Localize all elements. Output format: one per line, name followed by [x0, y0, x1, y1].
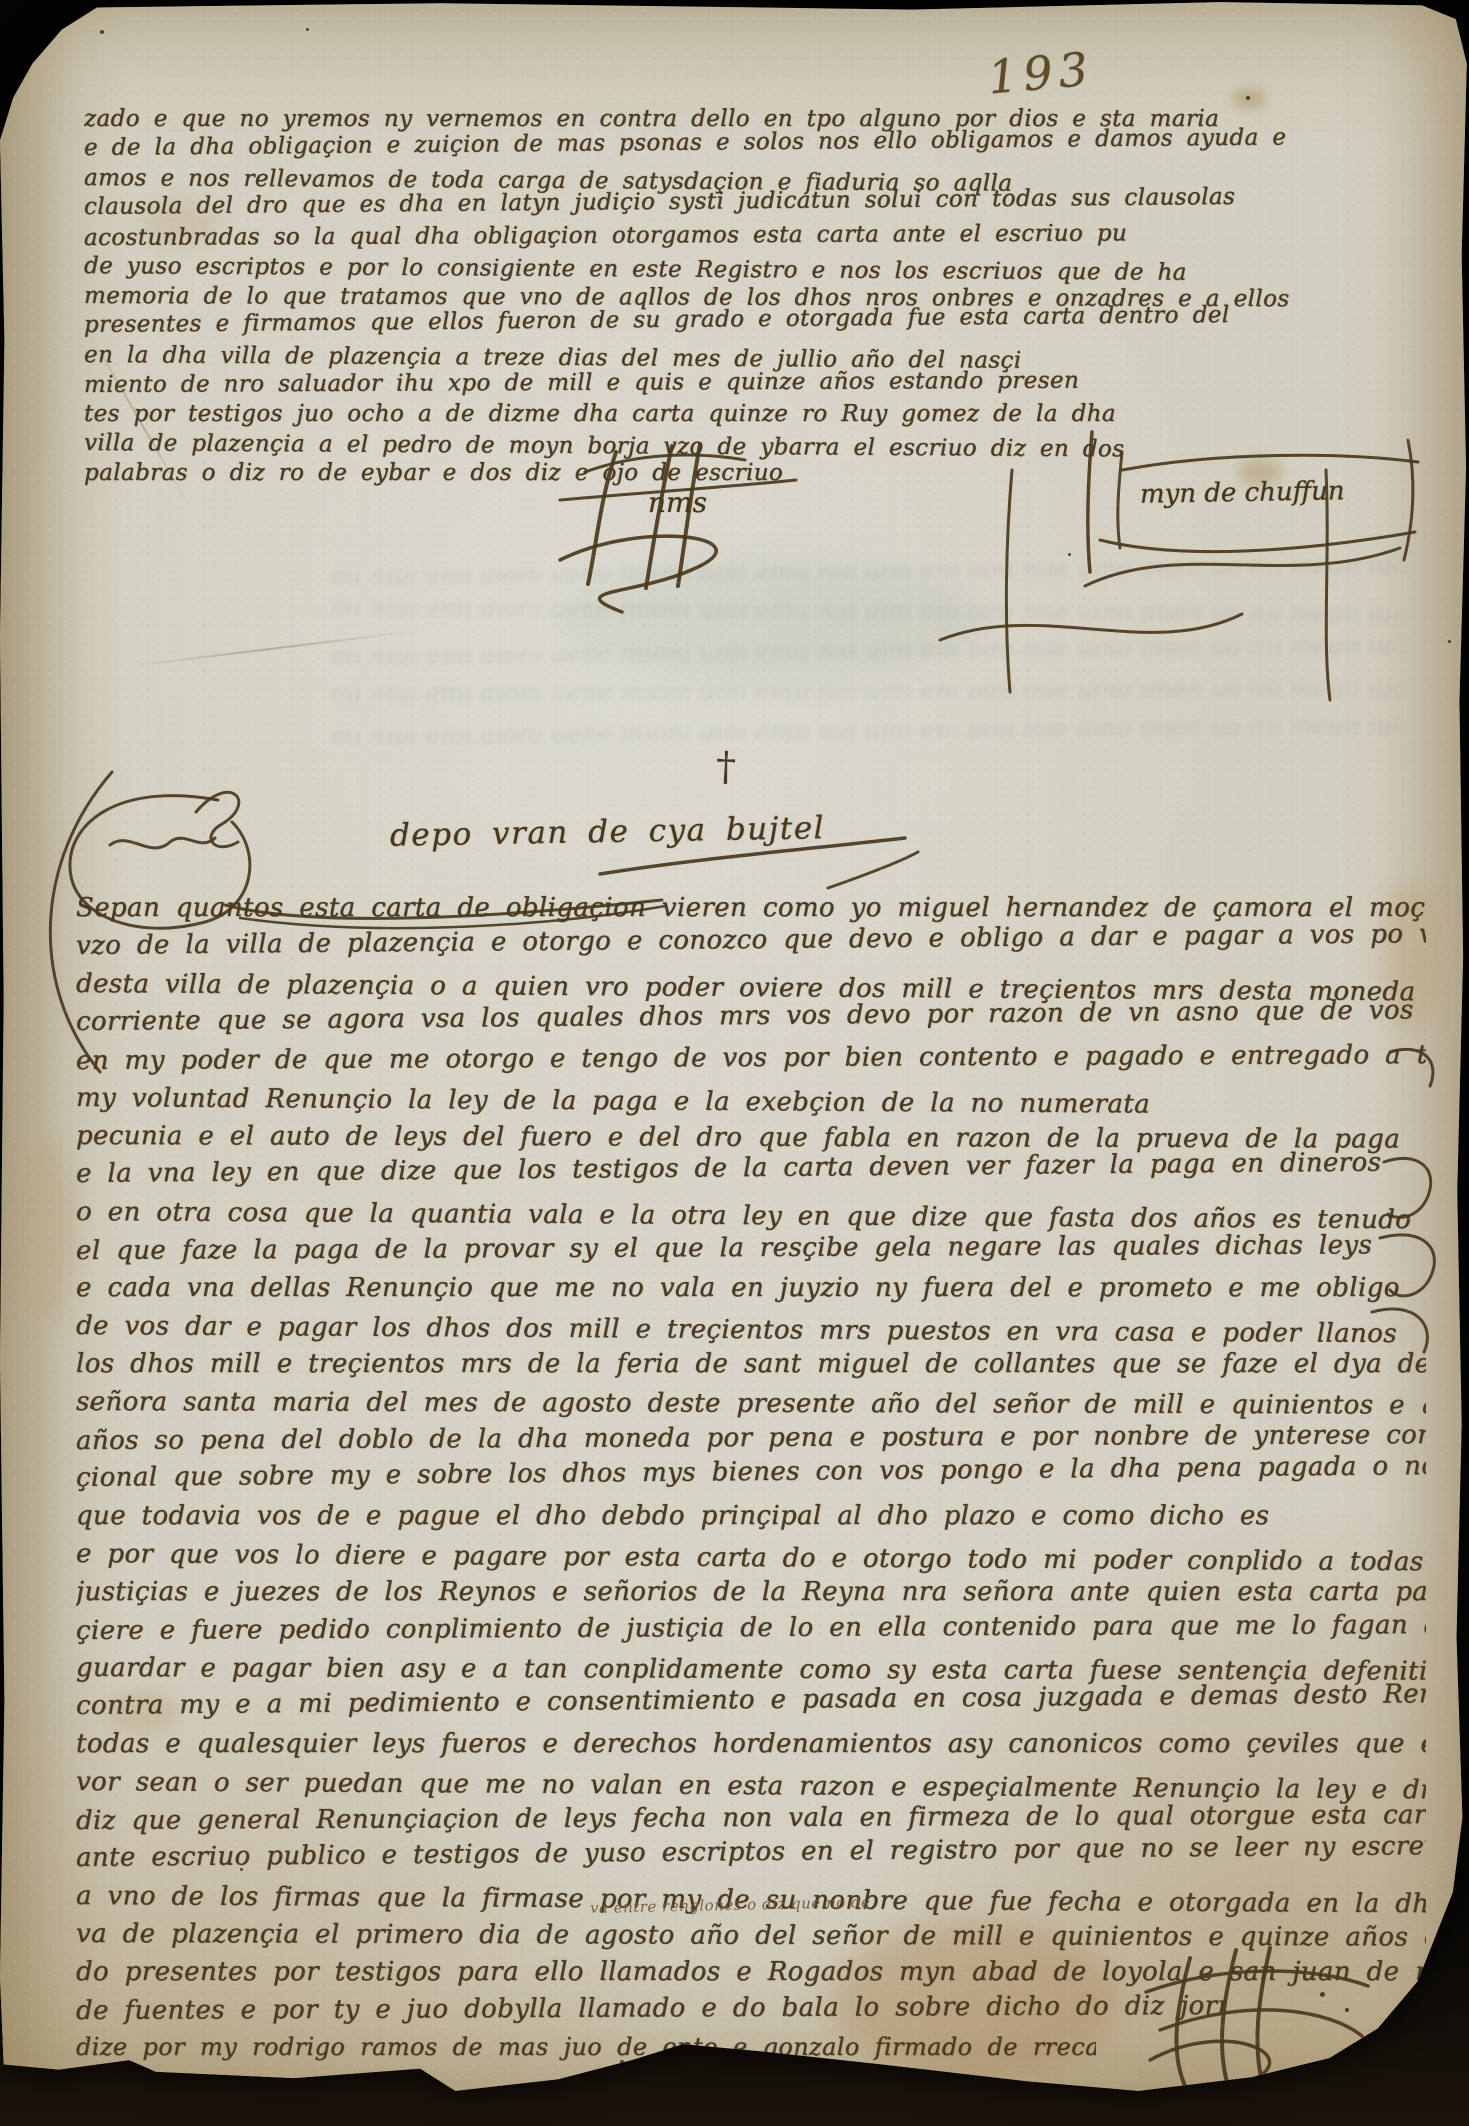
- manuscript-line: el que faze la paga de la provar sy el q…: [76, 1230, 1426, 1266]
- manuscript-line: do presentes por testigos para ello llam…: [76, 1957, 1426, 1987]
- stain: [18, 1140, 74, 1320]
- bottom-rubric-icon: [1150, 2041, 1340, 2101]
- manuscript-line: tes por testigos juo ocho a de dizme dha…: [84, 401, 1429, 427]
- manuscript-line: va de plazençia el primero dia de agosto…: [76, 1919, 1426, 1953]
- ink-speck: [100, 30, 104, 34]
- manuscript-line: corriente que se agora vsa los quales dh…: [76, 995, 1426, 1037]
- manuscript-line: vzo de la villa de plazençia e otorgo e …: [76, 919, 1426, 961]
- show-through-text: mı nıuı emı aıonı uene mıonı uını emu nı…: [330, 550, 1400, 595]
- manuscript-line: dize por my rodrigo ramos de mas juo de …: [76, 2033, 1096, 2061]
- manuscript-line: ante escriuo publico e testigos de yuso …: [76, 1831, 1426, 1873]
- signature-cartouche: [1100, 532, 1415, 552]
- manuscript-line: e cada vna dellas Renunçio que me no val…: [76, 1273, 1426, 1303]
- manuscript-line: los dhos mill e treçientos mrs de la fer…: [76, 1349, 1426, 1379]
- manuscript-line: diz que general Renunçiaçion de leys fec…: [76, 1800, 1426, 1836]
- manuscript-line: contra my e a mi pedimiento e consentimi…: [76, 1679, 1426, 1721]
- manuscript-line: años so pena del doblo de la dha moneda …: [76, 1420, 1426, 1456]
- ink-speck: [306, 28, 309, 31]
- ink-speck: [1320, 1992, 1325, 1997]
- manuscript-line: Sepan quantos esta carta de obligaçion v…: [76, 893, 1426, 923]
- signature-name: myn de chuffun: [1140, 476, 1345, 510]
- manuscript-line: de vos dar e pagar los dhos dos mill e t…: [76, 1311, 1426, 1349]
- manuscript-line: en my poder de que me otorgo e tengo de …: [76, 1040, 1426, 1076]
- manuscript-line: my voluntad Renunçio la ley de la paga e…: [76, 1083, 1426, 1121]
- cross-mark: †: [715, 744, 737, 791]
- manuscript-line: çional que sobre my e sobre los dhos mys…: [76, 1451, 1426, 1493]
- manuscript-line: e la vna ley en que dize que los testigo…: [76, 1147, 1426, 1189]
- ink-speck: [1345, 2008, 1349, 2012]
- section-heading: depo vran de cya bujtel: [390, 810, 826, 854]
- manuscript-line: que todavia vos de e pague el dho debdo …: [76, 1501, 1426, 1531]
- manuscript-line: e por que vos lo diere e pagare por esta…: [76, 1539, 1426, 1577]
- manuscript-line: de yuso escriptos e por lo consigiente e…: [84, 253, 1429, 287]
- manuscript-line: palabras o diz ro de eybar e dos diz e o…: [84, 460, 794, 486]
- manuscript-line: de fuentes e por ty e juo dobylla llamad…: [76, 1991, 1226, 2026]
- paper-wrap: 193 mı nıuı emı aıonı uene mıonı uını em…: [0, 0, 1469, 2126]
- signature-cartouche: [1118, 452, 1122, 548]
- manuscript-line: todas e qualesquier leys fueros e derech…: [76, 1729, 1426, 1759]
- manuscript-line: señora santa maria del mes de agosto des…: [76, 1387, 1426, 1421]
- folio-number: 193: [986, 41, 1096, 104]
- document-photo: 193 mı nıuı emı aıonı uene mıonı uını em…: [0, 0, 1469, 2126]
- ink-speck: [1246, 96, 1250, 100]
- show-through-text: mı nıuı emı aıonı uene mıonı uını emu nı…: [330, 710, 1400, 755]
- show-through-text: mı nıuı emı aıonı uene mıonı uını emu nı…: [330, 630, 1400, 675]
- margin-circle-mark: [196, 792, 239, 846]
- manuscript-line: acostunbradas so la qual dha obligaçion …: [84, 219, 1429, 251]
- show-through-text: mı nıuı emı aıonı uene mıonı uını emu nı…: [330, 673, 1400, 713]
- show-through-text: mı nıuı emı aıonı uene mıonı uını emu nı…: [330, 592, 1400, 633]
- manuscript-page: 193 mı nıuı emı aıonı uene mıonı uını em…: [0, 0, 1469, 2126]
- manuscript-line: justiçias e juezes de los Reynos e señor…: [76, 1577, 1426, 1607]
- manuscript-line: vor sean o ser puedan que me no valan en…: [76, 1767, 1426, 1805]
- heading-underline: [828, 852, 918, 888]
- manuscript-line: çiere e fuere pedido conplimiento de jus…: [76, 1610, 1426, 1646]
- signature-rubric-label: nms: [648, 486, 707, 519]
- margin-circle-mark: [110, 838, 215, 848]
- manuscript-line: miento de nro saluador ihu xpo de mill e…: [84, 366, 1429, 398]
- manuscript-line: o en otra cosa que la quantia vala e la …: [76, 1197, 1426, 1235]
- ink-speck: [1448, 640, 1451, 643]
